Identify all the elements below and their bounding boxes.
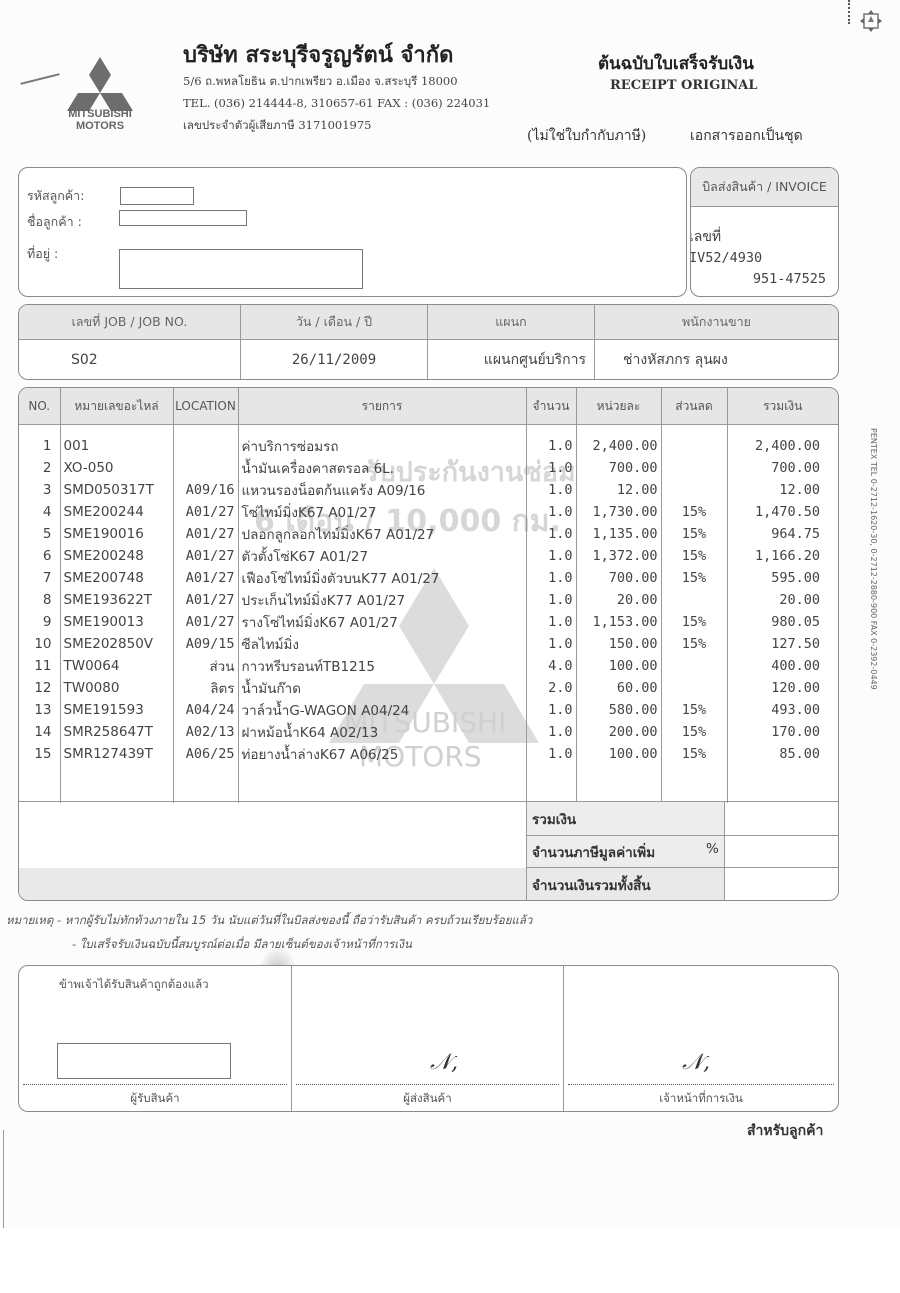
fax-perforation-mark (848, 0, 852, 24)
amount-cell: 12.00 (727, 479, 838, 501)
pen-stroke-mark (20, 73, 59, 85)
receiver-signature-column: ข้าพเจ้าได้รับสินค้าถูกต้องแล้ว ผู้รับสิ… (19, 966, 292, 1111)
part-number-cell: SME202850V (60, 633, 173, 655)
page-edge (3, 1130, 4, 1228)
location-cell: A01/27 (173, 611, 238, 633)
item-no-cell: 1 (19, 435, 60, 457)
company-phone: TEL. (036) 214444-8, 310657-61 FAX : (03… (183, 96, 490, 110)
location-cell: A01/27 (173, 567, 238, 589)
logo-line2: MOTORS (50, 120, 150, 132)
table-row: 12TW0080ลิตรน้ำมันก๊าด2.060.00120.00 (19, 677, 838, 699)
finance-signature-line[interactable] (568, 1084, 834, 1085)
job-no-value: S02 (19, 340, 241, 379)
unit-price-cell: 200.00 (576, 721, 661, 743)
amount-cell: 20.00 (727, 589, 838, 611)
description-cell: ปลอกลูกลอกไทม์มิ่งK67 A01/27 (238, 523, 526, 545)
item-no-cell: 11 (19, 655, 60, 677)
discount-cell (661, 479, 727, 501)
finance-officer-label: เจ้าหน้าที่การเงิน (564, 1090, 838, 1108)
amount-cell: 400.00 (727, 655, 838, 677)
discount-cell: 15% (661, 699, 727, 721)
finance-signature: 𝒩, (682, 1050, 710, 1075)
col-header-discount: ส่วนลด (661, 388, 727, 425)
col-header-location: LOCATION (173, 388, 238, 425)
unit-price-cell: 100.00 (576, 655, 661, 677)
receiver-signature-line[interactable] (23, 1084, 287, 1085)
discount-cell: 15% (661, 611, 727, 633)
customer-name-label: ชื่อลูกค้า : (27, 212, 82, 232)
item-no-cell: 6 (19, 545, 60, 567)
location-cell: ลิตร (173, 677, 238, 699)
location-cell: A01/27 (173, 501, 238, 523)
table-row: 15SMR127439TA06/25ท่อยางน้ำล่างK67 A06/2… (19, 743, 838, 765)
quantity-cell: 1.0 (526, 633, 576, 655)
unit-price-cell: 1,730.00 (576, 501, 661, 523)
company-name: บริษัท สระบุรีจรูญรัตน์ จำกัด (183, 37, 453, 72)
receiver-label: ผู้รับสินค้า (19, 1090, 291, 1108)
line-items-box: รับประกันงานซ่อม 6 เดือน / 10,000 กม. MI… (18, 387, 839, 901)
salesperson-value: ช่างหัสภกร ลุนผง (595, 340, 838, 379)
unit-price-cell: 12.00 (576, 479, 661, 501)
col-header-unit-price: หน่วยละ (576, 388, 661, 425)
item-no-cell: 5 (19, 523, 60, 545)
unit-price-cell: 580.00 (576, 699, 661, 721)
description-cell: โซ่ไทม์มิ่งK67 A01/27 (238, 501, 526, 523)
part-number-cell: SMR258647T (60, 721, 173, 743)
amount-cell: 1,166.20 (727, 545, 838, 567)
receipt-page: MITSUBISHI MOTORS บริษัท สระบุรีจรูญรัตน… (0, 0, 900, 1228)
description-cell: ท่อยางน้ำล่างK67 A06/25 (238, 743, 526, 765)
amount-cell: 85.00 (727, 743, 838, 765)
item-no-cell: 10 (19, 633, 60, 655)
table-row: 5SME190016A01/27ปลอกลูกลอกไทม์มิ่งK67 A0… (19, 523, 838, 545)
customer-name-field[interactable] (119, 210, 247, 226)
unit-price-cell: 20.00 (576, 589, 661, 611)
item-no-cell: 12 (19, 677, 60, 699)
issued-as-set-note: เอกสารออกเป็นชุด (690, 125, 803, 147)
location-cell: A01/27 (173, 523, 238, 545)
remark-prefix: หมายเหตุ - (6, 913, 61, 927)
invoice-box: บิลส่งสินค้า / INVOICE เลขที่ IV52/4930 … (690, 167, 839, 297)
table-row: 10SME202850VA09/15ซีลไทม์มิ่ง1.0150.0015… (19, 633, 838, 655)
discount-cell: 15% (661, 743, 727, 765)
unit-price-cell: 700.00 (576, 567, 661, 589)
amount-cell: 1,470.50 (727, 501, 838, 523)
table-row: 8SME193622TA01/27ประเก็นไทม์มิ่งK77 A01/… (19, 589, 838, 611)
item-no-cell: 13 (19, 699, 60, 721)
description-cell: ค่าบริการซ่อมรถ (238, 435, 526, 457)
location-cell: A04/24 (173, 699, 238, 721)
location-cell: A09/16 (173, 479, 238, 501)
receiver-name-field[interactable] (57, 1043, 231, 1079)
part-number-cell: SME191593 (60, 699, 173, 721)
customer-info-box: รหัสลูกค้า: ชื่อลูกค้า : ที่อยู่ : (18, 167, 687, 297)
discount-cell (661, 435, 727, 457)
quantity-cell: 1.0 (526, 699, 576, 721)
discount-cell (661, 677, 727, 699)
quantity-cell: 1.0 (526, 567, 576, 589)
item-no-cell: 2 (19, 457, 60, 479)
table-filler-row (19, 765, 838, 803)
description-cell: รางโซ่ไทม์มิ่งK67 A01/27 (238, 611, 526, 633)
invoice-number-label: เลขที่ (690, 226, 721, 248)
table-row: 9SME190013A01/27รางโซ่ไทม์มิ่งK67 A01/27… (19, 611, 838, 633)
quantity-cell: 1.0 (526, 457, 576, 479)
received-goods-note: ข้าพเจ้าได้รับสินค้าถูกต้องแล้ว (59, 976, 209, 994)
sender-signature-column: 𝒩, ผู้ส่งสินค้า (292, 966, 564, 1111)
document-title-th: ต้นฉบับใบเสร็จรับเงิน (598, 50, 754, 77)
part-number-cell: TW0080 (60, 677, 173, 699)
part-number-cell: SMD050317T (60, 479, 173, 501)
subtotal-label: รวมเงิน (532, 808, 576, 830)
item-no-cell: 14 (19, 721, 60, 743)
table-row: 13SME191593A04/24วาล์วน้ำG-WAGON A04/241… (19, 699, 838, 721)
unit-price-cell: 1,372.00 (576, 545, 661, 567)
amount-cell: 170.00 (727, 721, 838, 743)
location-cell: ส่วน (173, 655, 238, 677)
item-no-cell: 7 (19, 567, 60, 589)
printer-imprint: PENTEX TEL 0-2712-1620-30, 0-2712-2880-9… (869, 428, 878, 690)
part-number-cell: SME190016 (60, 523, 173, 545)
discount-cell (661, 655, 727, 677)
department-header: แผนก (428, 305, 595, 340)
job-no-header: เลขที่ JOB / JOB NO. (19, 305, 241, 340)
item-no-cell: 4 (19, 501, 60, 523)
quantity-cell: 1.0 (526, 743, 576, 765)
description-cell: กาวหรีบรอนท์TB1215 (238, 655, 526, 677)
amount-cell: 964.75 (727, 523, 838, 545)
unit-price-cell: 100.00 (576, 743, 661, 765)
part-number-cell: SMR127439T (60, 743, 173, 765)
amount-cell: 493.00 (727, 699, 838, 721)
logo-wordmark: MITSUBISHI MOTORS (50, 108, 150, 132)
sender-signature-line[interactable] (296, 1084, 559, 1085)
amount-cell: 127.50 (727, 633, 838, 655)
part-number-cell: SME193622T (60, 589, 173, 611)
customer-code-field[interactable] (120, 187, 194, 205)
location-cell: A09/15 (173, 633, 238, 655)
location-cell: A01/27 (173, 589, 238, 611)
description-cell: แหวนรองน็อตก้นแคร้ง A09/16 (238, 479, 526, 501)
col-header-no: NO. (19, 388, 60, 425)
item-no-cell: 9 (19, 611, 60, 633)
amount-cell: 700.00 (727, 457, 838, 479)
location-cell: A01/27 (173, 545, 238, 567)
unit-price-cell: 700.00 (576, 457, 661, 479)
discount-cell (661, 589, 727, 611)
item-no-cell: 8 (19, 589, 60, 611)
quantity-cell: 1.0 (526, 501, 576, 523)
part-number-cell: XO-050 (60, 457, 173, 479)
unit-price-cell: 1,153.00 (576, 611, 661, 633)
remark-text-1: หากผู้รับไม่ทักท้วงภายใน 15 วัน นับแต่วั… (65, 913, 533, 927)
discount-cell: 15% (661, 567, 727, 589)
grand-total-label: จำนวนเงินรวมทั้งสิ้น (532, 874, 651, 896)
finance-signature-column: 𝒩, เจ้าหน้าที่การเงิน (564, 966, 838, 1111)
quantity-cell: 1.0 (526, 721, 576, 743)
subtotal-row: รวมเงิน (526, 802, 838, 836)
department-value: แผนกศูนย์บริการ (428, 340, 595, 379)
table-row: 14SMR258647TA02/13ฝาหม้อน้ำK64 A02/131.0… (19, 721, 838, 743)
location-cell: A06/25 (173, 743, 238, 765)
table-header-row: NO. หมายเลขอะไหล่ LOCATION รายการ จำนวน … (19, 388, 838, 425)
amount-cell: 2,400.00 (727, 435, 838, 457)
part-number-cell: SME190013 (60, 611, 173, 633)
unit-price-cell: 1,135.00 (576, 523, 661, 545)
table-row: 2XO-050น้ำมันเครื่องคาสตรอล 6L.1.0700.00… (19, 457, 838, 479)
description-cell: ฝาหม้อน้ำK64 A02/13 (238, 721, 526, 743)
description-cell: ตัวตั้งโซ่K67 A01/27 (238, 545, 526, 567)
discount-cell: 15% (661, 501, 727, 523)
col-header-quantity: จำนวน (526, 388, 576, 425)
location-cell (173, 435, 238, 457)
company-address: 5/6 ถ.พหลโยธิน ต.ปากเพรียว อ.เมือง จ.สระ… (183, 73, 458, 91)
table-row: 6SME200248A01/27ตัวตั้งโซ่K67 A01/271.01… (19, 545, 838, 567)
fax-registration-mark-icon (858, 8, 884, 34)
customer-address-field[interactable] (119, 249, 363, 289)
part-number-cell: TW0064 (60, 655, 173, 677)
logo-line1: MITSUBISHI (50, 108, 150, 120)
description-cell: เฟืองโซ่ไทม์มิ่งตัวบนK77 A01/27 (238, 567, 526, 589)
job-info-box: เลขที่ JOB / JOB NO. วัน / เดือน / ปี แผ… (18, 304, 839, 380)
quantity-cell: 1.0 (526, 589, 576, 611)
sender-label: ผู้ส่งสินค้า (292, 1090, 563, 1108)
table-spacer-row (19, 425, 838, 436)
description-cell: ประเก็นไทม์มิ่งK77 A01/27 (238, 589, 526, 611)
vat-row: จำนวนภาษีมูลค่าเพิ่ม % (526, 835, 838, 868)
description-cell: วาล์วน้ำG-WAGON A04/24 (238, 699, 526, 721)
discount-cell: 15% (661, 523, 727, 545)
part-number-cell: 001 (60, 435, 173, 457)
amount-cell: 980.05 (727, 611, 838, 633)
document-title-en: RECEIPT ORIGINAL (610, 78, 758, 93)
customer-code-label: รหัสลูกค้า: (27, 186, 84, 206)
signature-box: ข้าพเจ้าได้รับสินค้าถูกต้องแล้ว ผู้รับสิ… (18, 965, 839, 1112)
col-header-description: รายการ (238, 388, 526, 425)
unit-price-cell: 150.00 (576, 633, 661, 655)
table-row: 7SME200748A01/27เฟืองโซ่ไทม์มิ่งตัวบนK77… (19, 567, 838, 589)
location-cell: A02/13 (173, 721, 238, 743)
item-no-cell: 15 (19, 743, 60, 765)
company-tax-id: เลขประจำตัวผู้เสียภาษี 3171001975 (183, 117, 371, 135)
quantity-cell: 1.0 (526, 523, 576, 545)
location-cell (173, 457, 238, 479)
invoice-number: IV52/4930 (690, 250, 762, 266)
description-cell: น้ำมันก๊าด (238, 677, 526, 699)
table-row: 11TW0064ส่วนกาวหรีบรอนท์TB12154.0100.004… (19, 655, 838, 677)
date-value: 26/11/2009 (241, 340, 428, 379)
quantity-cell: 1.0 (526, 479, 576, 501)
totals-section: รวมเงิน จำนวนภาษีมูลค่าเพิ่ม % จำนวนเงิน… (19, 801, 838, 901)
part-number-cell: SME200244 (60, 501, 173, 523)
date-header: วัน / เดือน / ปี (241, 305, 428, 340)
customer-copy-label: สำหรับลูกค้า (747, 1120, 823, 1142)
sender-signature: 𝒩, (430, 1050, 458, 1075)
discount-cell: 15% (661, 721, 727, 743)
grand-total-row: จำนวนเงินรวมทั้งสิ้น (526, 868, 838, 901)
col-header-amount: รวมเงิน (727, 388, 838, 425)
item-no-cell: 3 (19, 479, 60, 501)
not-tax-invoice-note: (ไม่ใช่ใบกำกับภาษี) (527, 125, 646, 147)
amount-cell: 120.00 (727, 677, 838, 699)
quantity-cell: 4.0 (526, 655, 576, 677)
remark-line-2: - ใบเสร็จรับเงินฉบับนี้สมบูรณ์ต่อเมื่อ ม… (72, 936, 412, 954)
table-row: 1001ค่าบริการซ่อมรถ1.02,400.002,400.00 (19, 435, 838, 457)
discount-cell (661, 457, 727, 479)
unit-price-cell: 60.00 (576, 677, 661, 699)
col-header-part-no: หมายเลขอะไหล่ (60, 388, 173, 425)
remark-line-1: หมายเหตุ - หากผู้รับไม่ทักท้วงภายใน 15 ว… (6, 912, 532, 930)
discount-cell: 15% (661, 633, 727, 655)
part-number-cell: SME200248 (60, 545, 173, 567)
description-cell: ซีลไทม์มิ่ง (238, 633, 526, 655)
quantity-cell: 1.0 (526, 611, 576, 633)
amount-cell: 595.00 (727, 567, 838, 589)
invoice-ref-number: 951-47525 (753, 271, 826, 287)
table-row: 4SME200244A01/27โซ่ไทม์มิ่งK67 A01/271.0… (19, 501, 838, 523)
unit-price-cell: 2,400.00 (576, 435, 661, 457)
vat-percent-sign: % (706, 841, 719, 857)
vat-label: จำนวนภาษีมูลค่าเพิ่ม (532, 841, 655, 863)
salesperson-header: พนักงานขาย (595, 305, 838, 340)
quantity-cell: 1.0 (526, 545, 576, 567)
quantity-cell: 1.0 (526, 435, 576, 457)
quantity-cell: 2.0 (526, 677, 576, 699)
customer-address-label: ที่อยู่ : (27, 244, 58, 264)
line-items-table: NO. หมายเลขอะไหล่ LOCATION รายการ จำนวน … (19, 388, 838, 803)
invoice-header: บิลส่งสินค้า / INVOICE (691, 168, 838, 207)
discount-cell: 15% (661, 545, 727, 567)
table-row: 3SMD050317TA09/16แหวนรองน็อตก้นแคร้ง A09… (19, 479, 838, 501)
description-cell: น้ำมันเครื่องคาสตรอล 6L. (238, 457, 526, 479)
part-number-cell: SME200748 (60, 567, 173, 589)
